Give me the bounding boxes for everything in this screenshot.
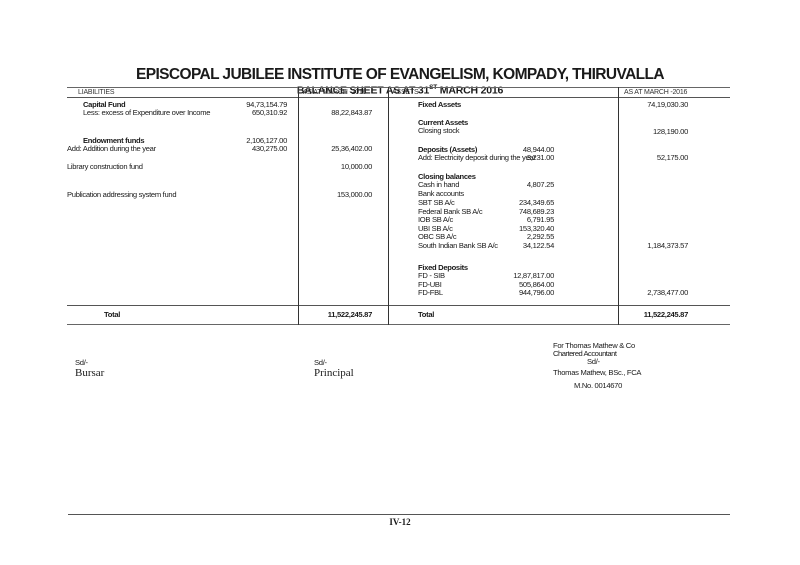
principal-title: Principal [314, 367, 354, 379]
principal-sd: Sd/- [314, 359, 327, 367]
list-item-label: IOB SB A/c [418, 216, 453, 224]
less-excess-label: Less: excess of Expenditure over Income [83, 109, 210, 117]
less-excess-value: 650,310.92 [252, 109, 287, 117]
list-item-value: 12,87,817.00 [513, 272, 554, 280]
column-divider-2 [388, 87, 389, 325]
header-liabilities-amount: AS AT MARCH -2016 [303, 89, 366, 97]
publication-fund-total: 153,000.00 [337, 191, 372, 199]
electricity-deposit-label: Add: Electricity deposit during the year [418, 154, 536, 162]
table-top-border [67, 87, 730, 88]
list-item-total: 2,738,477.00 [647, 289, 688, 297]
auditor-membership-no: M.No. 0014670 [574, 382, 622, 390]
liabilities-total-label: Total [104, 311, 120, 319]
header-bottom-border [67, 97, 730, 98]
list-item-value: 234,349.65 [519, 199, 554, 207]
auditor-name: Thomas Mathew, BSc., FCA [553, 369, 641, 377]
assets-total-label: Total [418, 311, 434, 319]
document-title: EPISCOPAL JUBILEE INSTITUTE OF EVANGELIS… [0, 66, 800, 84]
deposits-total: 52,175.00 [657, 154, 688, 162]
column-divider-3 [618, 87, 619, 325]
closing-stock-total: 128,190.00 [653, 128, 688, 136]
header-assets-amount: AS AT MARCH -2016 [624, 89, 687, 97]
bursar-sd: Sd/- [75, 359, 88, 367]
addition-value: 430,275.00 [252, 145, 287, 153]
liabilities-total-value: 11,522,245.87 [328, 311, 372, 319]
addition-label: Add: Addition during the year [67, 145, 156, 153]
list-item-label: FD - SIB [418, 272, 445, 280]
list-item-value: 944,796.00 [519, 289, 554, 297]
auditor-role: Chartered Accountant [553, 350, 616, 358]
list-item-value: 34,122.54 [523, 242, 554, 250]
header-assets: ASSETS [392, 89, 418, 97]
auditor-sd: Sd/- [587, 358, 600, 366]
list-item-label: FD-FBL [418, 289, 443, 297]
total-bottom-border [67, 324, 730, 325]
footer-rule [68, 514, 730, 515]
fixed-assets-label: Fixed Assets [418, 101, 461, 109]
endowment-total: 25,36,402.00 [331, 145, 372, 153]
electricity-deposit-value: 3,231.00 [527, 154, 554, 162]
capital-fund-total: 88,22,843.87 [331, 109, 372, 117]
cash-in-hand-label: Cash in hand [418, 181, 459, 189]
header-liabilities: LIABILITIES [78, 89, 114, 97]
assets-total-value: 11,522,245.87 [644, 311, 688, 319]
total-top-border [67, 305, 730, 306]
closing-stock-label: Closing stock [418, 127, 459, 135]
cash-in-hand-value: 4,807.25 [527, 181, 554, 189]
list-item-label: SBT SB A/c [418, 199, 455, 207]
page-number: IV-12 [0, 517, 800, 527]
library-fund-label: Library construction fund [67, 163, 143, 171]
list-item-label: South Indian Bank SB A/c [418, 242, 498, 250]
bursar-title: Bursar [75, 367, 104, 379]
list-item-value: 6,791.95 [527, 216, 554, 224]
bank-accounts-label: Bank accounts [418, 190, 464, 198]
column-divider-1 [298, 87, 299, 325]
fixed-assets-total: 74,19,030.30 [647, 101, 688, 109]
library-fund-total: 10,000.00 [341, 163, 372, 171]
list-item-total: 1,184,373.57 [647, 242, 688, 250]
publication-fund-label: Publication addressing system fund [67, 191, 176, 199]
